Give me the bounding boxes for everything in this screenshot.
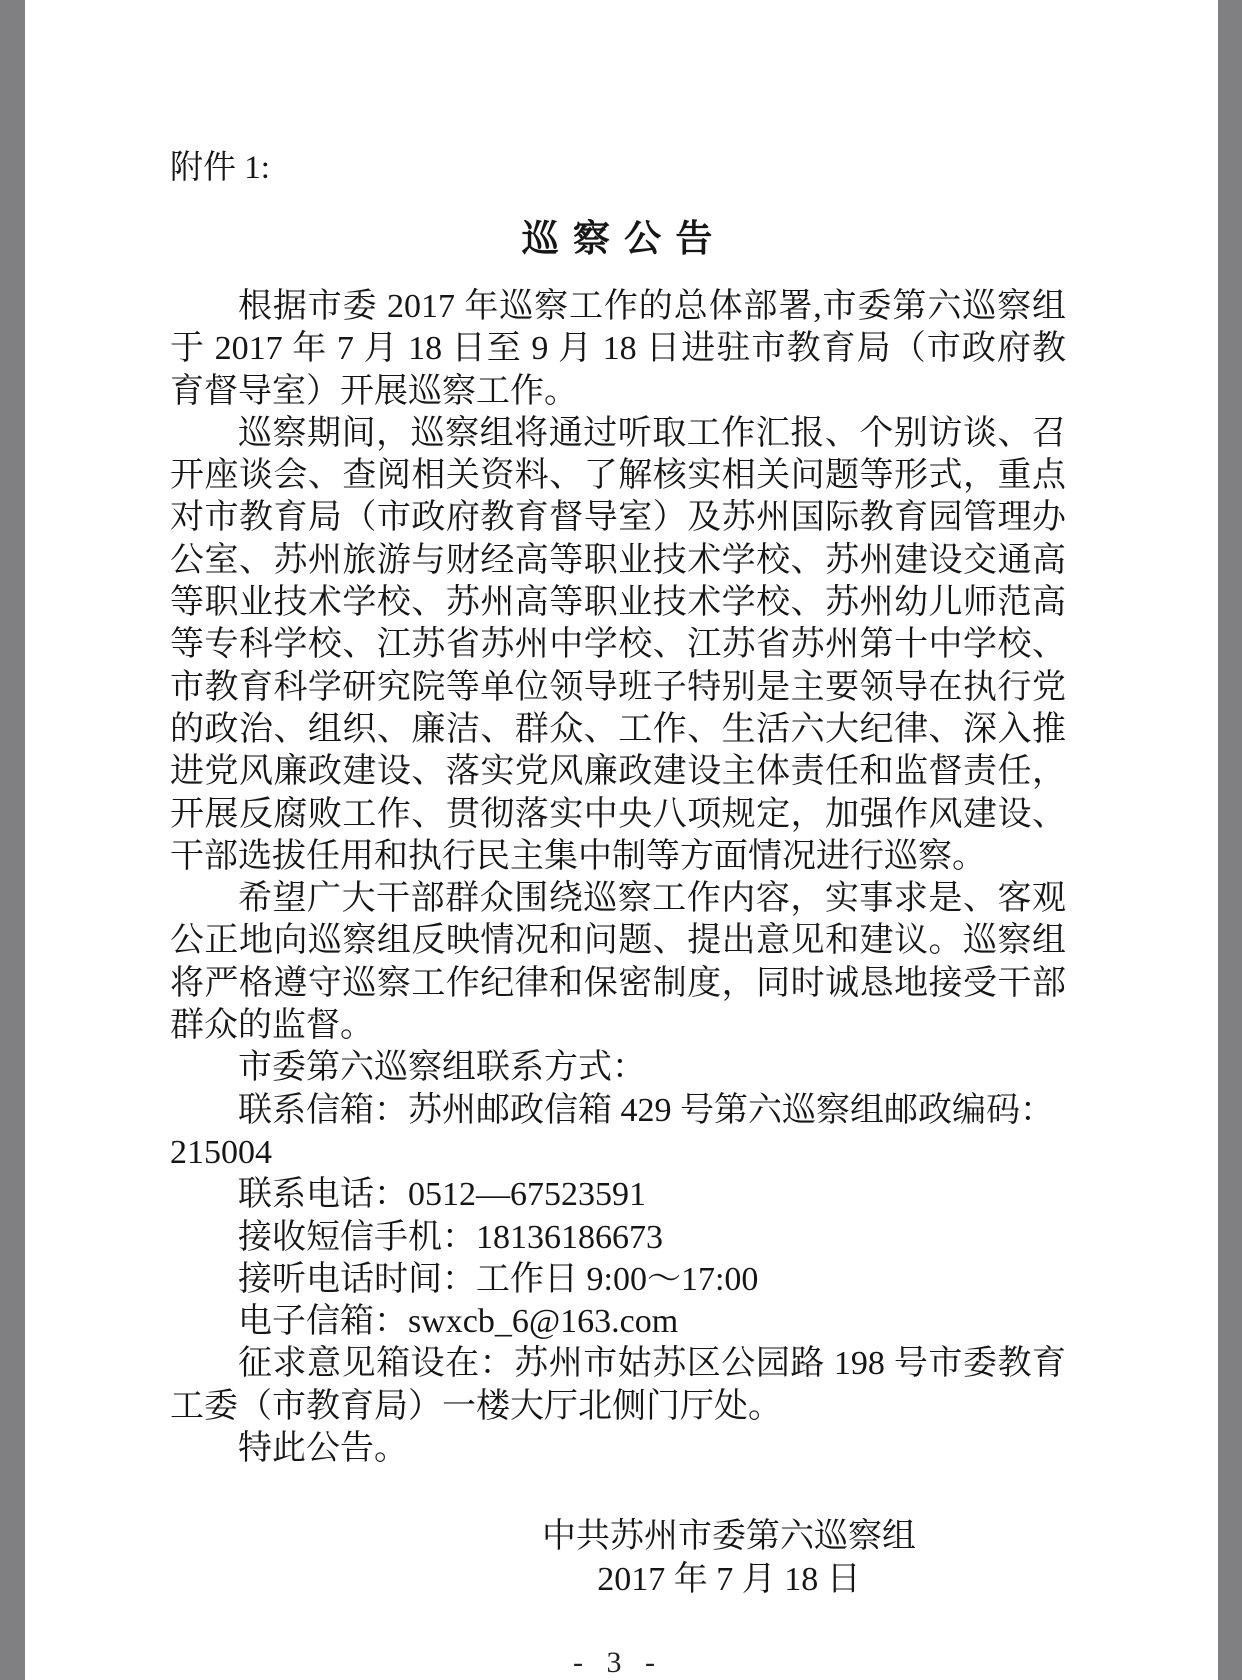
paragraph-inspection-overview: 根据市委 2017 年巡察工作的总体部署,市委第六巡察组于 2017 年 7 月… bbox=[170, 286, 1066, 413]
page-number: - 3 - bbox=[170, 1646, 1066, 1680]
document-content: 附件 1: 巡 察 公 告 根据市委 2017 年巡察工作的总体部署,市委第六巡… bbox=[170, 148, 1066, 1680]
signature-organization: 中共苏州市委第六巡察组 bbox=[542, 1515, 916, 1558]
paragraph-public-appeal: 希望广大干部群众围绕巡察工作内容，实事求是、客观公正地向巡察组反映情况和问题、提… bbox=[170, 878, 1066, 1047]
signature-block: 中共苏州市委第六巡察组 2017 年 7 月 18 日 bbox=[542, 1515, 916, 1601]
contact-email-line: 电子信箱：swxcb_6@163.com bbox=[170, 1301, 1066, 1343]
contact-heading: 市委第六巡察组联系方式： bbox=[170, 1047, 1066, 1089]
paragraph-inspection-scope: 巡察期间，巡察组将通过听取工作汇报、个别访谈、召开座谈会、查阅相关资料、了解核实… bbox=[170, 413, 1066, 878]
scan-edge-right bbox=[1218, 0, 1242, 1680]
contact-mail-box-line: 联系信箱：苏州邮政信箱 429 号第六巡察组邮政编码：215004 bbox=[170, 1090, 1066, 1175]
document-page: 附件 1: 巡 察 公 告 根据市委 2017 年巡察工作的总体部署,市委第六巡… bbox=[0, 0, 1242, 1680]
attachment-label: 附件 1: bbox=[170, 148, 1066, 188]
contact-phone-line: 联系电话：0512—67523591 bbox=[170, 1174, 1066, 1216]
scan-edge-left bbox=[0, 0, 25, 1680]
document-title: 巡 察 公 告 bbox=[170, 208, 1066, 262]
closing-line: 特此公告。 bbox=[170, 1428, 1066, 1470]
signature-date: 2017 年 7 月 18 日 bbox=[542, 1558, 916, 1601]
contact-hours-line: 接听电话时间：工作日 9:00～17:00 bbox=[170, 1259, 1066, 1301]
suggestion-box-location: 征求意见箱设在：苏州市姑苏区公园路 198 号市委教育工委（市教育局）一楼大厅北… bbox=[170, 1343, 1066, 1428]
contact-sms-line: 接收短信手机：18136186673 bbox=[170, 1217, 1066, 1259]
